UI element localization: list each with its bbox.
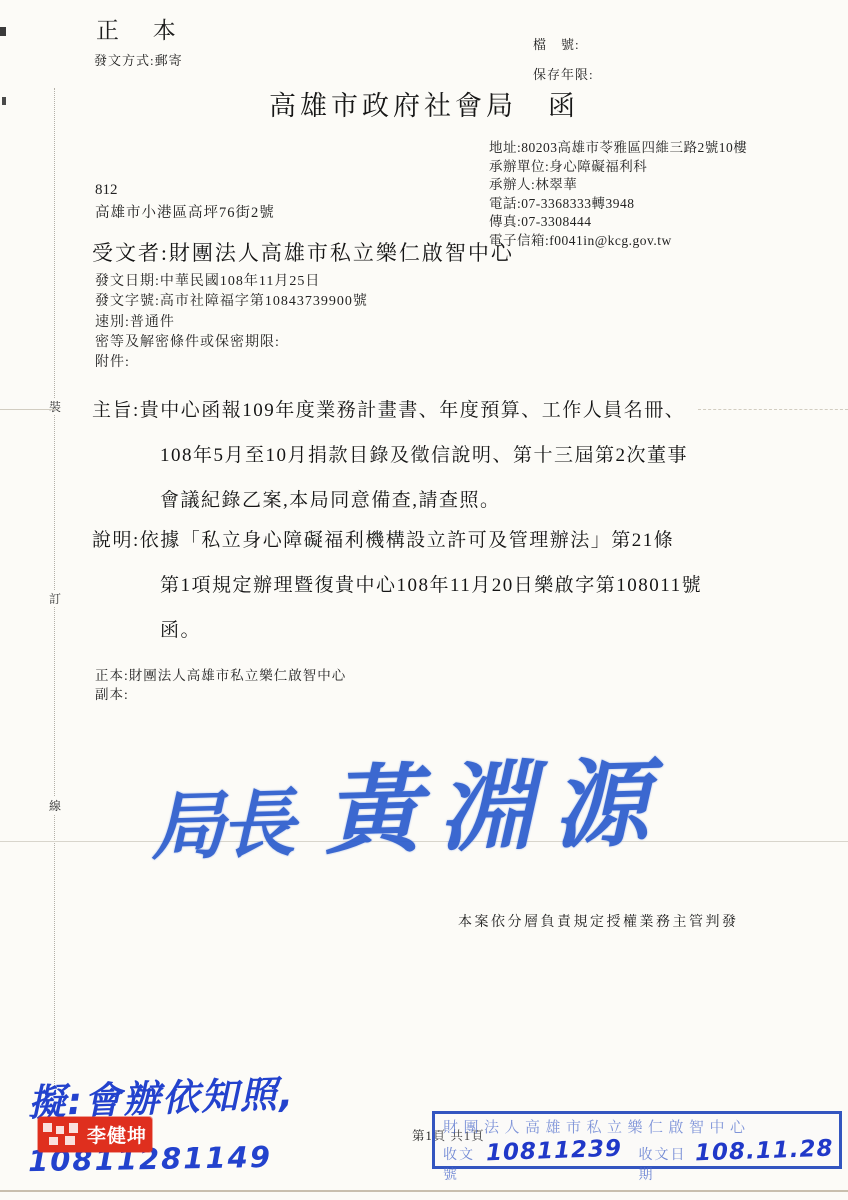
red-name-stamp: 李健坤 [38,1117,152,1152]
scanned-official-letter: { "header": { "copy_type": "正 本", "deliv… [0,0,848,1200]
recipient-postal-code: 812 [95,182,118,199]
subject-line-1: 主旨:貴中心函報109年度業務計畫書、年度預算、工作人員名冊、 [92,395,685,422]
binding-dotted-line [54,88,55,1088]
receipt-date-value: 108.11.28 [694,1136,833,1167]
binding-mark-xian: 線 [47,797,63,814]
document-meta-block: 發文日期:中華民國108年11月25日 發文字號:高市社障福字第10843739… [95,272,368,373]
sender-unit: 承辦單位:身心障礙福利科 [489,158,747,177]
sender-info-block: 地址:80203高雄市苓雅區四維三路2號10樓 承辦單位:身心障礙福利科 承辦人… [489,139,747,250]
document-title: 高雄市政府社會局 函 [0,84,848,123]
issue-number: 發文字號:高市社障福字第10843739900號 [95,292,368,312]
director-signature-stamp: 局長 黃淵源 [148,710,731,865]
received-stamp: 財團法人高雄市私立樂仁啟智中心 收文號 10811239 收文日期 108.11… [432,1111,842,1169]
sender-phone: 電話:07-3368333轉3948 [489,195,747,214]
received-stamp-org: 財團法人高雄市私立樂仁啟智中心 [443,1116,833,1137]
subject-line-3: 會議紀錄乙案,本局同意備查,請查照。 [160,485,501,512]
receipt-date-label: 收文日期 [639,1138,689,1184]
scan-edge-mark [0,27,6,36]
subject-label: 主旨: [92,400,140,421]
file-number-label: 檔 號: [533,34,580,53]
copy-type-label: 正 本 [96,12,190,45]
description-label: 說明: [92,530,140,551]
scan-bottom-edge [0,1190,848,1192]
description-line-2: 第1項規定辦理暨復貴中心108年11月20日樂啟字第108011號 [160,570,702,597]
description-line-1: 說明:依據「私立身心障礙福利機構設立許可及管理辦法」第21條 [92,525,674,552]
recipient-address: 高雄市小港區高坪76街2號 [95,201,275,222]
red-stamp-name: 李健坤 [87,1121,147,1148]
director-name: 黃淵源 [323,756,667,861]
description-line-3: 函。 [160,615,201,642]
distribution-block: 正本:財團法人高雄市私立樂仁啟智中心 副本: [95,667,346,704]
speed-class: 速別:普通件 [95,313,368,333]
authorization-note: 本案依分層負責規定授權業務主管判發 [458,911,739,931]
original-recipient: 正本:財團法人高雄市私立樂仁啟智中心 [95,667,346,686]
sender-address: 地址:80203高雄市苓雅區四維三路2號10樓 [489,139,747,158]
issue-date: 發文日期:中華民國108年11月25日 [95,272,368,292]
recipient-line: 受文者:財團法人高雄市私立樂仁啟智中心 [92,237,514,267]
red-stamp-small-characters [43,1123,83,1145]
receipt-number-label: 收文號 [443,1138,480,1184]
sender-fax: 傳真:07-3308444 [489,213,747,232]
binding-mark-ding: 訂 [47,590,63,607]
subject-line-2: 108年5月至10月捐款目錄及徵信說明、第十三屆第2次董事 [160,440,688,467]
attachment-label: 附件: [95,353,368,373]
binding-mark-zhuang: 裝 [47,398,63,415]
security-class: 密等及解密條件或保密期限: [95,333,368,353]
fold-line-right [698,409,848,410]
director-title: 局長 [150,788,292,866]
copy-recipient: 副本: [95,686,346,705]
sender-email: 電子信箱:f0041in@kcg.gov.tw [489,232,747,251]
delivery-method-label: 發文方式:郵寄 [94,50,183,69]
receipt-number-value: 10811239 [486,1136,623,1167]
fold-line-left [0,409,56,410]
sender-contact-person: 承辦人:林翠華 [489,176,747,195]
retention-period-label: 保存年限: [533,64,594,83]
